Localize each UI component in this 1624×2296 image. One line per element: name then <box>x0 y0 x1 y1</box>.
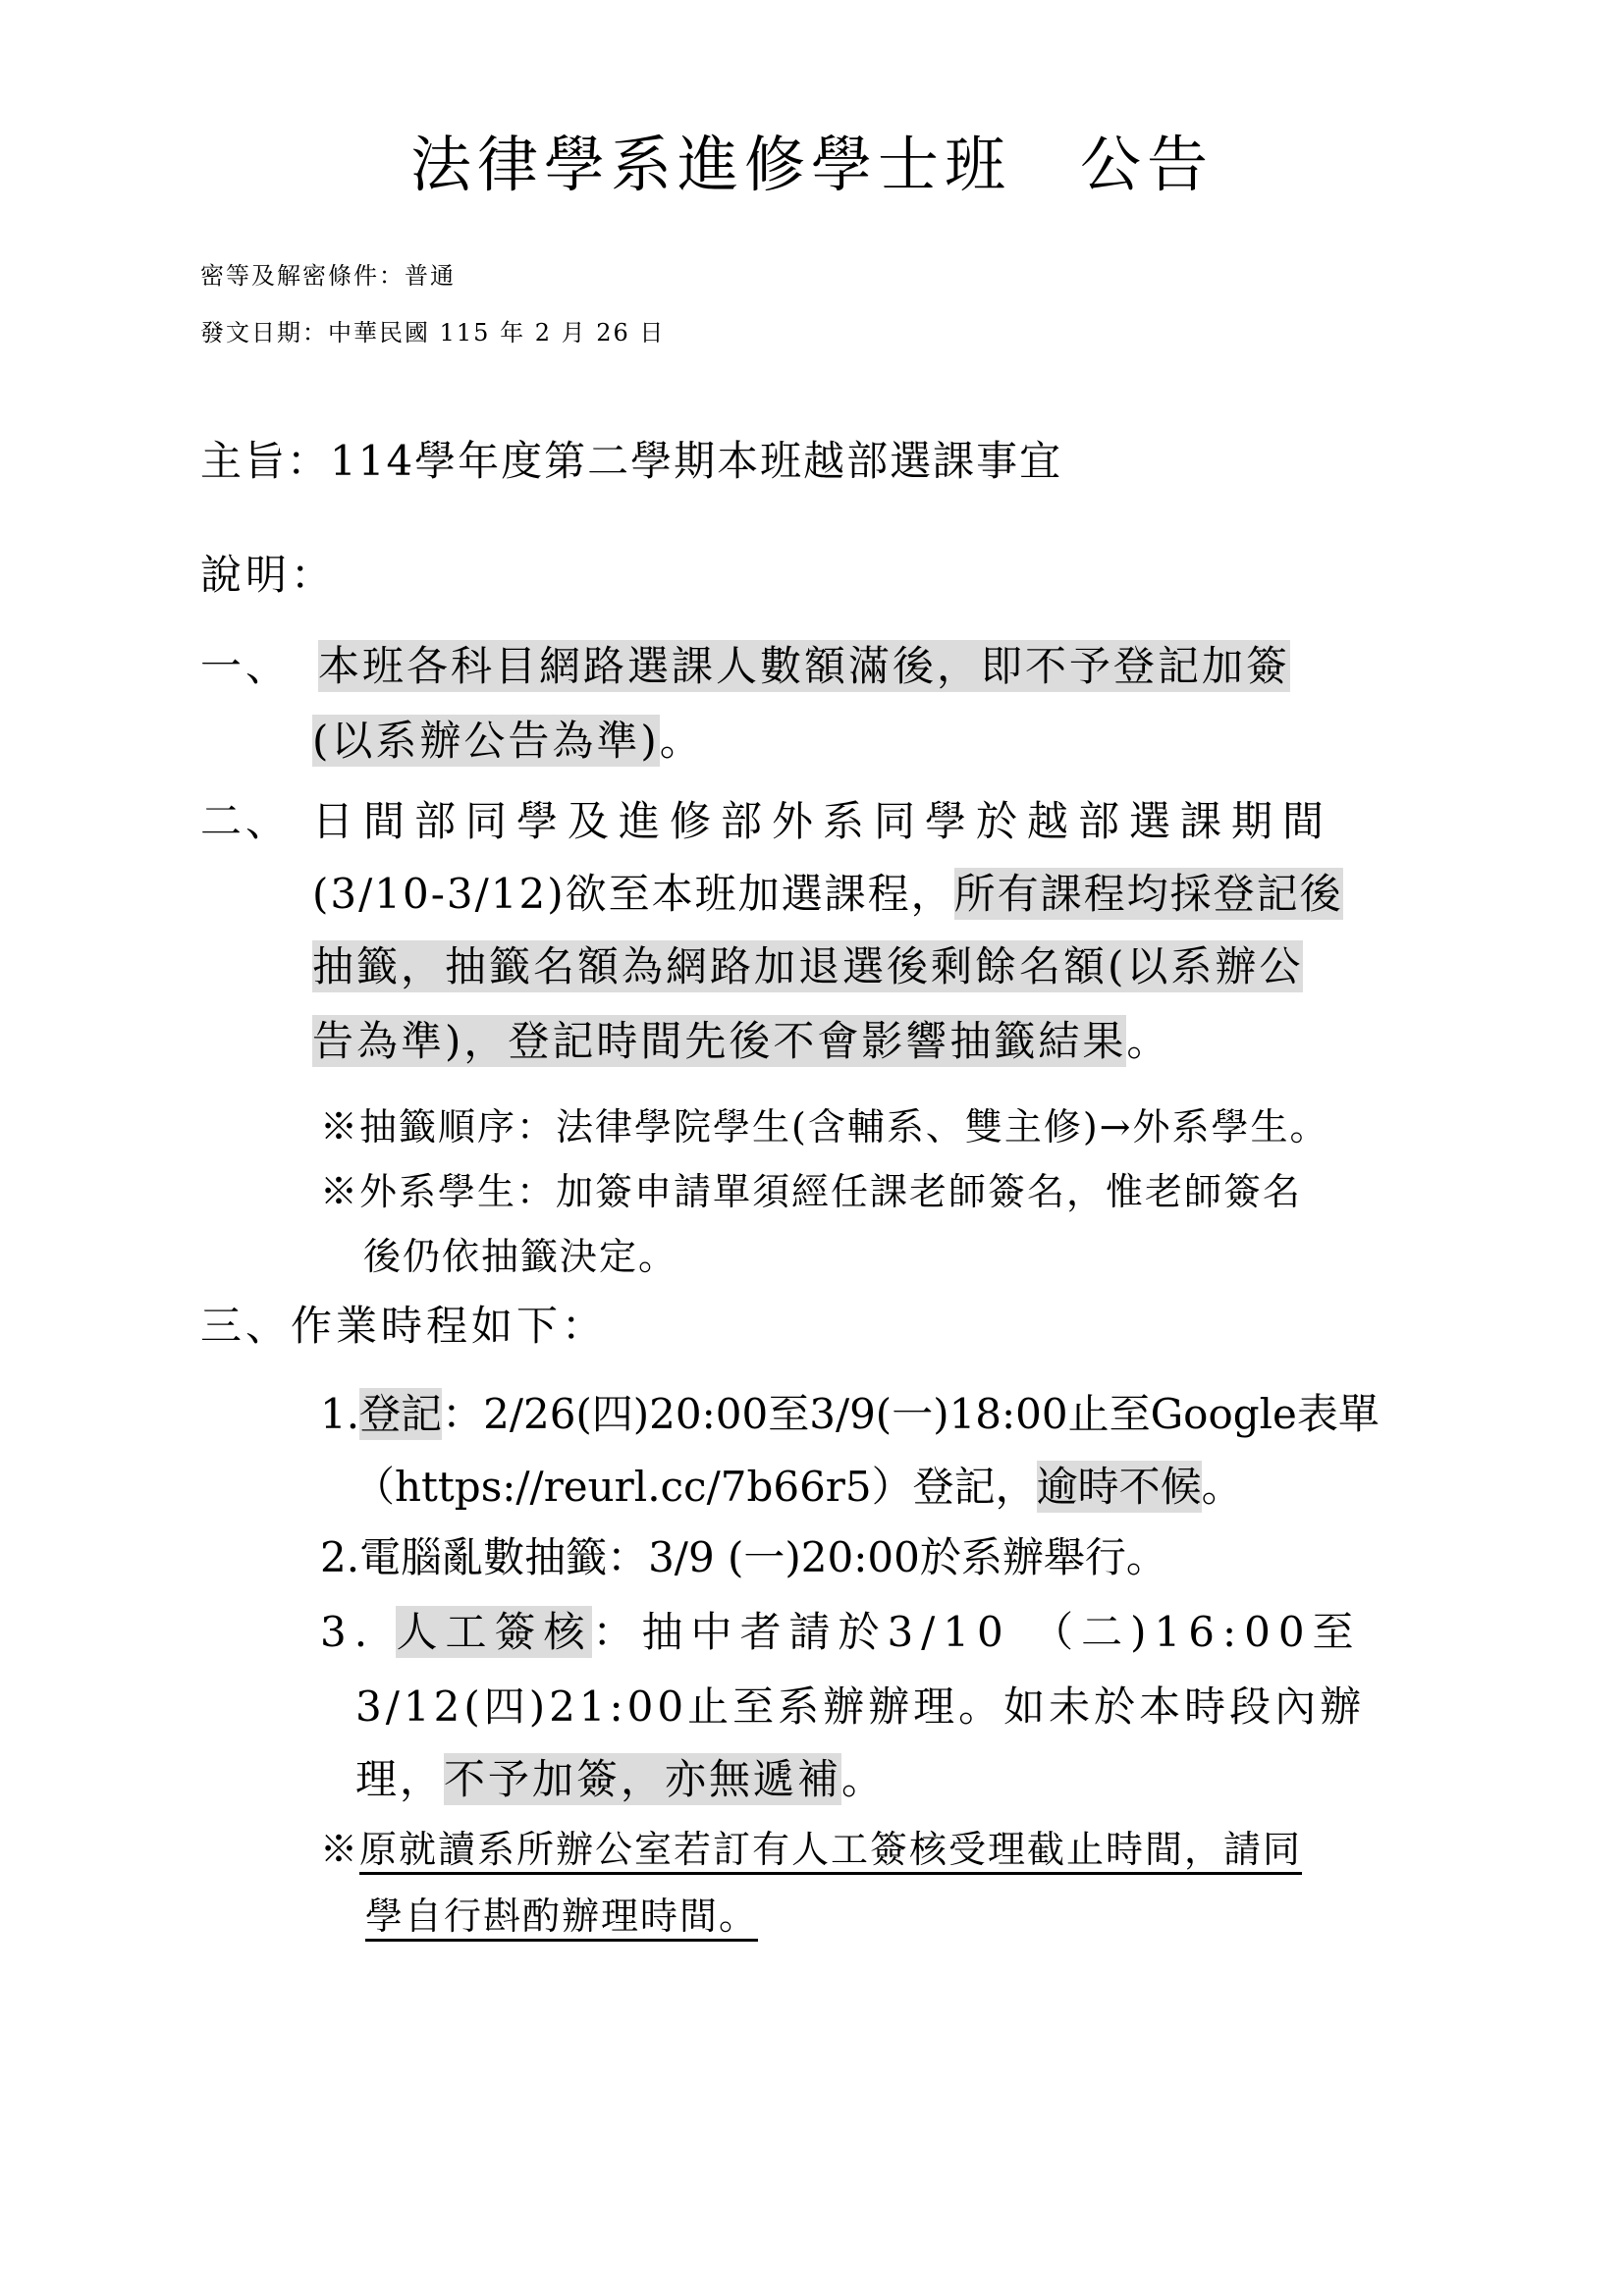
highlight: 登記 <box>359 1388 442 1440</box>
highlight: (以系辦公告為準) <box>312 715 660 767</box>
final-note-line1: ※原就讀系所辦公室若訂有人工簽核受理截止時間，請同 <box>320 1822 1302 1877</box>
punctuation: 。 <box>660 717 704 765</box>
text: 理， <box>355 1755 444 1803</box>
step-number: 1. <box>320 1390 359 1438</box>
text: 電腦亂數抽籤：3/9 (一)20:00於系辦舉行。 <box>359 1533 1167 1581</box>
item-two-line2: (3/10-3/12)欲至本班加選課程，所有課程均採登記後 <box>312 864 1343 925</box>
item-two-line1: 日間部同學及進修部外系同學於越部選課期間 <box>312 791 1333 852</box>
highlight: 所有課程均採登記後 <box>954 868 1343 920</box>
highlight: 抽籤，抽籤名額為網路加退選後剩餘名額(以系辦公 <box>312 940 1303 992</box>
step-number: 2. <box>320 1533 359 1581</box>
item-two-line4: 告為準)，登記時間先後不會影響抽籤結果。 <box>312 1011 1170 1072</box>
step-one-line1: 1.登記：2/26(四)20:00至3/9(一)18:00止至Google表單 <box>320 1384 1380 1445</box>
punctuation: 。 <box>1126 1017 1170 1065</box>
highlight: 不予加簽，亦無遞補 <box>444 1753 841 1805</box>
registration-link[interactable]: （https://reurl.cc/7b66r5）登記， <box>353 1463 1037 1511</box>
item-one-line2: (以系辦公告為準)。 <box>312 711 704 772</box>
punctuation: 。 <box>1202 1463 1243 1511</box>
lottery-order-note: ※抽籤順序：法律學院學生(含輔系、雙主修)→外系學生。 <box>320 1099 1329 1154</box>
item-one-line1: 本班各科目網路選課人數額滿後，即不予登記加簽 <box>318 636 1290 697</box>
step-three-line3: 理，不予加簽，亦無遞補。 <box>355 1749 886 1810</box>
highlight: 人工簽核 <box>396 1606 592 1658</box>
underlined-text: 學自行斟酌辦理時間。 <box>365 1895 758 1938</box>
item-three-heading: 三、作業時程如下： <box>200 1296 607 1357</box>
document-title: 法律學系進修學士班公告 <box>0 126 1624 204</box>
other-dept-note-line2: 後仍依抽籤決定。 <box>363 1229 677 1284</box>
title-text: 法律學系進修學士班 <box>410 129 1011 200</box>
underlined-text: 原就讀系所辦公室若訂有人工簽核受理截止時間，請同 <box>359 1828 1302 1871</box>
reference-mark: ※ <box>320 1828 359 1871</box>
issue-date-line: 發文日期：中華民國 115 年 2 月 26 日 <box>200 316 665 349</box>
text: (3/10-3/12)欲至本班加選課程， <box>312 870 954 918</box>
document-page: 法律學系進修學士班公告 密等及解密條件：普通 發文日期：中華民國 115 年 2… <box>0 0 1624 2296</box>
step-one-line2: （https://reurl.cc/7b66r5）登記，逾時不候。 <box>353 1457 1243 1518</box>
text: ：抽中者請於3/10 （二)16:00至 <box>592 1608 1361 1656</box>
highlight: 告為準)，登記時間先後不會影響抽籤結果 <box>312 1015 1126 1067</box>
highlight: 逾時不候 <box>1037 1461 1202 1513</box>
highlight: 本班各科目網路選課人數額滿後，即不予登記加簽 <box>318 640 1290 692</box>
step-three-line1: 3. 人工簽核：抽中者請於3/10 （二)16:00至 <box>320 1602 1362 1663</box>
other-dept-note-line1: ※外系學生：加簽申請單須經任課老師簽名，惟老師簽名 <box>320 1164 1302 1219</box>
explanation-heading: 說明： <box>200 546 336 605</box>
step-number: 3. <box>320 1608 375 1656</box>
subject-line: 主旨：114學年度第二學期本班越部選課事宜 <box>200 432 1062 491</box>
punctuation: 。 <box>841 1755 886 1803</box>
step-two-line: 2.電腦亂數抽籤：3/9 (一)20:00於系辦舉行。 <box>320 1527 1167 1588</box>
title-suffix: 公告 <box>1080 129 1214 200</box>
classification-line: 密等及解密條件：普通 <box>200 259 456 293</box>
final-note-line2: 學自行斟酌辦理時間。 <box>365 1889 758 1944</box>
item-two-marker: 二、 <box>200 791 291 852</box>
item-one-marker: 一、 <box>200 636 291 697</box>
step-three-line2: 3/12(四)21:00止至系辦辦理。如未於本時段內辦 <box>355 1677 1365 1737</box>
item-two-line3: 抽籤，抽籤名額為網路加退選後剩餘名額(以系辦公 <box>312 936 1303 997</box>
text: ：2/26(四)20:00至3/9(一)18:00止至Google表單 <box>442 1390 1380 1438</box>
